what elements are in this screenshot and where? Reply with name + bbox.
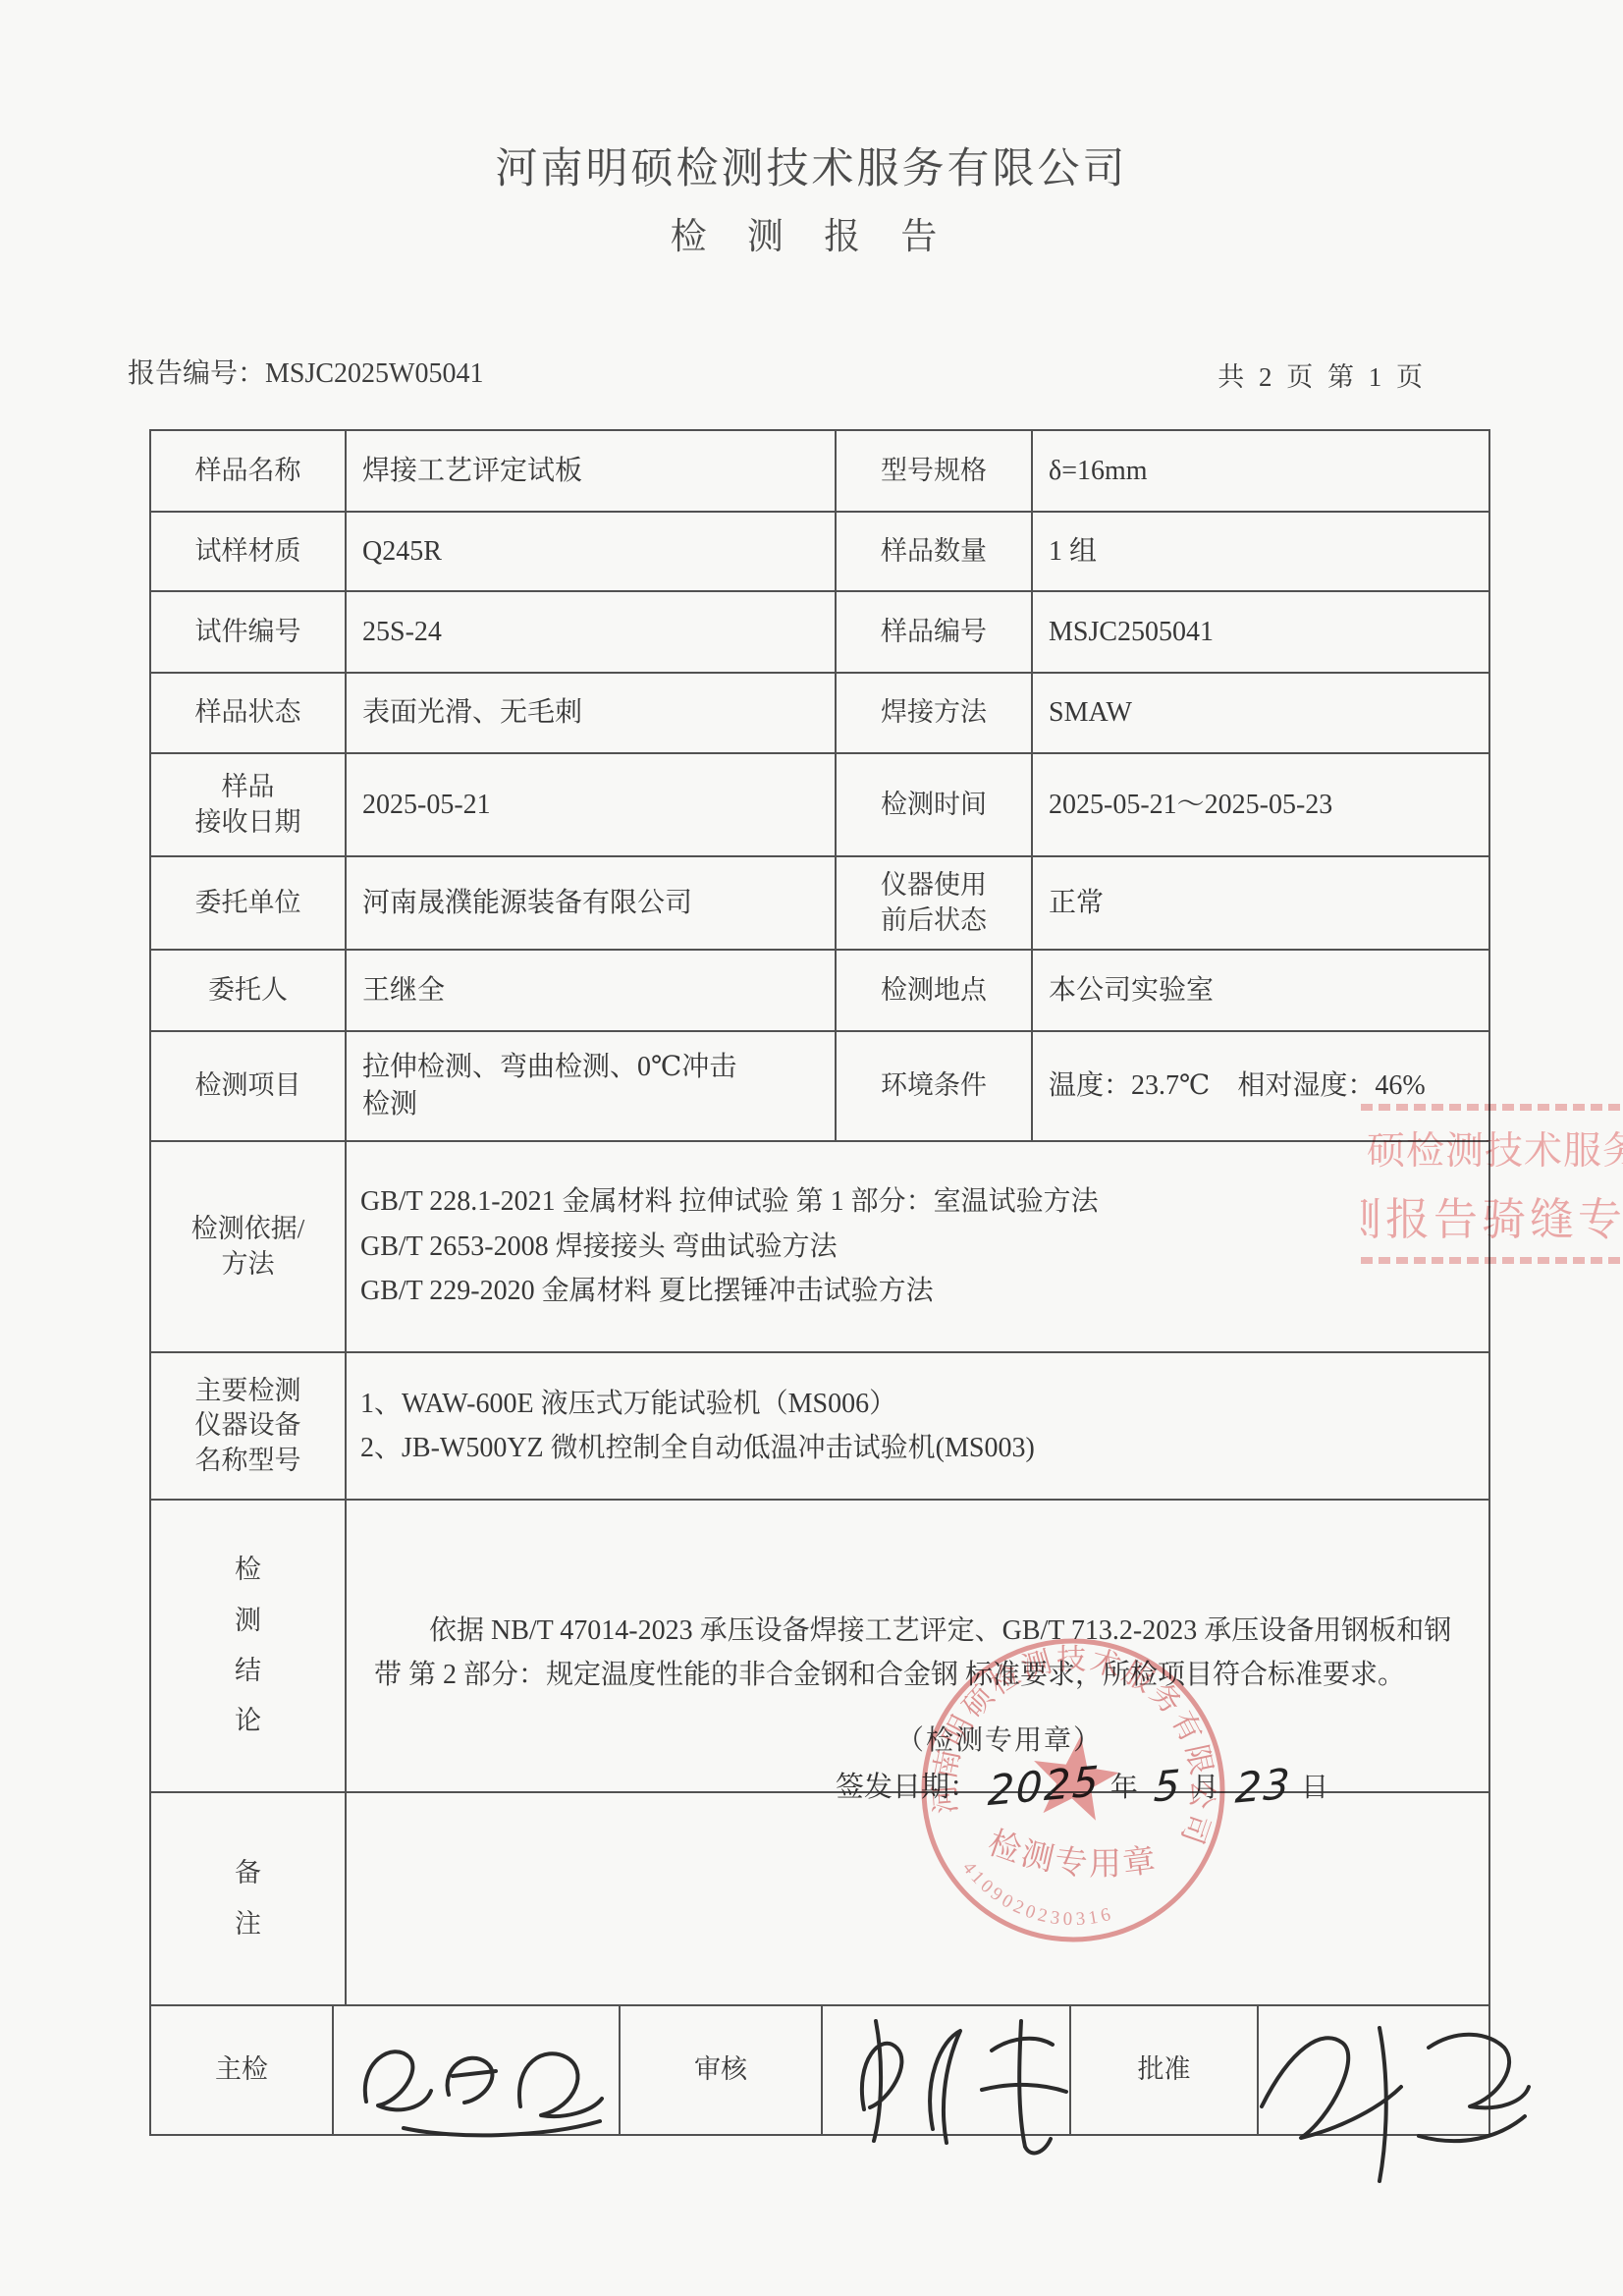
report-number: 报告编号：MSJC2025W05041: [128, 352, 483, 391]
field-label: 委托人: [150, 950, 346, 1031]
field-value: 25S-24: [346, 591, 836, 673]
field-value: δ=16mm: [1032, 430, 1489, 512]
table-row: 委托人 王继全 检测地点 本公司实验室: [150, 950, 1489, 1031]
scanned-report-page: { "page": { "company": "河南明硕检测技术服务有限公司",…: [0, 0, 1623, 2296]
approver-signature-cell: [1258, 2005, 1489, 2135]
field-value: 拉伸检测、弯曲检测、0℃冲击 检测: [346, 1031, 836, 1141]
stamp-note: （检测专用章）: [896, 1719, 1103, 1758]
field-value: 本公司实验室: [1032, 950, 1489, 1031]
field-label: 型号规格: [836, 430, 1032, 512]
basis-label: 检测依据/ 方法: [150, 1141, 346, 1352]
conclusion-label: 检 测 结 论: [150, 1500, 346, 1792]
field-label: 仪器使用 前后状态: [836, 856, 1032, 950]
reviewer-signature-cell: [822, 2005, 1070, 2135]
field-label: 样品名称: [150, 430, 346, 512]
field-label: 焊接方法: [836, 673, 1032, 753]
basis-content: GB/T 228.1-2021 金属材料 拉伸试验 第 1 部分：室温试验方法 …: [346, 1141, 1489, 1352]
inspector-signature-cell: [333, 2005, 620, 2135]
equipment-line: 1、WAW-600E 液压式万能试验机（MS006）: [360, 1382, 1477, 1426]
day-unit: 日: [1301, 1773, 1334, 1803]
table-row-conclusion: 检 测 结 论 依据 NB/T 47014-2023 承压设备焊接工艺评定、GB…: [150, 1500, 1489, 1792]
field-value: 焊接工艺评定试板: [346, 430, 836, 512]
field-label: 试件编号: [150, 591, 346, 673]
month-unit: 月: [1192, 1773, 1225, 1803]
remark-content: [346, 1792, 1489, 2005]
basis-line: GB/T 228.1-2021 金属材料 拉伸试验 第 1 部分：室温试验方法: [360, 1179, 1477, 1224]
field-value: 王继全: [346, 950, 836, 1031]
handwritten-day: 23: [1234, 1763, 1292, 1809]
basis-line: GB/T 229-2020 金属材料 夏比摆锤冲击试验方法: [360, 1269, 1477, 1313]
equipment-content: 1、WAW-600E 液压式万能试验机（MS006） 2、JB-W500YZ 微…: [346, 1352, 1489, 1500]
handwritten-month: 5: [1153, 1765, 1183, 1809]
signoff-table: 主检 审核 批准: [149, 2004, 1490, 2136]
info-table: 样品名称 焊接工艺评定试板 型号规格 δ=16mm 试样材质 Q245R 样品数…: [149, 429, 1490, 1142]
report-number-label: 报告编号：: [128, 358, 265, 389]
field-label: 检测时间: [836, 753, 1032, 856]
table-row: 检测项目 拉伸检测、弯曲检测、0℃冲击 检测 环境条件 温度：23.7℃ 相对湿…: [150, 1031, 1489, 1141]
year-unit: 年: [1110, 1773, 1144, 1803]
field-label: 试样材质: [150, 512, 346, 591]
table-row: 试件编号 25S-24 样品编号 MSJC2505041: [150, 591, 1489, 673]
conclusion-text: 依据 NB/T 47014-2023 承压设备焊接工艺评定、GB/T 713.2…: [347, 1594, 1488, 1698]
handwritten-year: 2025: [987, 1761, 1102, 1812]
remark-label: 备 注: [150, 1792, 346, 2005]
field-value: 2025-05-21: [346, 753, 836, 856]
page-count: 共 2 页 第 1 页: [1217, 355, 1427, 394]
table-row: 试样材质 Q245R 样品数量 1 组: [150, 512, 1489, 591]
field-label: 检测地点: [836, 950, 1032, 1031]
approver-label: 批准: [1070, 2005, 1258, 2135]
field-label: 环境条件: [836, 1031, 1032, 1141]
field-value: 表面光滑、无毛刺: [346, 673, 836, 753]
field-label: 样品 接收日期: [150, 753, 346, 856]
table-row-remark: 备 注: [150, 1792, 1489, 2005]
table-row-equipment: 主要检测 仪器设备 名称型号 1、WAW-600E 液压式万能试验机（MS006…: [150, 1352, 1489, 1500]
table-row: 样品 接收日期 2025-05-21 检测时间 2025-05-21～2025-…: [150, 753, 1489, 856]
basis-line: GB/T 2653-2008 焊接接头 弯曲试验方法: [360, 1225, 1477, 1269]
table-row: 委托单位 河南晟濮能源装备有限公司 仪器使用 前后状态 正常: [150, 856, 1489, 950]
page-title: 检 测 报 告: [0, 206, 1623, 259]
field-label: 样品状态: [150, 673, 346, 753]
field-label: 样品编号: [836, 591, 1032, 673]
equipment-label: 主要检测 仪器设备 名称型号: [150, 1352, 346, 1500]
field-value: 2025-05-21～2025-05-23: [1032, 753, 1489, 856]
equipment-line: 2、JB-W500YZ 微机控制全自动低温冲击试验机(MS003): [360, 1426, 1477, 1470]
field-value: 1 组: [1032, 512, 1489, 591]
report-number-value: MSJC2025W05041: [265, 358, 483, 389]
issue-date-line: 签发日期：2025年5月23日: [836, 1762, 1334, 1805]
table-row: 样品状态 表面光滑、无毛刺 焊接方法 SMAW: [150, 673, 1489, 753]
field-label: 样品数量: [836, 512, 1032, 591]
company-title: 河南明硕检测技术服务有限公司: [0, 136, 1623, 195]
inspector-label: 主检: [150, 2005, 333, 2135]
issue-date-label: 签发日期：: [836, 1772, 978, 1803]
table-row: 样品名称 焊接工艺评定试板 型号规格 δ=16mm: [150, 430, 1489, 512]
field-value: 河南晟濮能源装备有限公司: [346, 856, 836, 950]
field-label: 检测项目: [150, 1031, 346, 1141]
report-table: 样品名称 焊接工艺评定试板 型号规格 δ=16mm 试样材质 Q245R 样品数…: [149, 429, 1488, 2136]
field-value: 温度：23.7℃ 相对湿度：46%: [1032, 1031, 1489, 1141]
reviewer-label: 审核: [620, 2005, 822, 2135]
field-value: Q245R: [346, 512, 836, 591]
conclusion-content: 依据 NB/T 47014-2023 承压设备焊接工艺评定、GB/T 713.2…: [346, 1500, 1489, 1792]
field-value: 正常: [1032, 856, 1489, 950]
detail-table: 检测依据/ 方法 GB/T 228.1-2021 金属材料 拉伸试验 第 1 部…: [149, 1140, 1490, 2006]
field-value: MSJC2505041: [1032, 591, 1489, 673]
table-row-basis: 检测依据/ 方法 GB/T 228.1-2021 金属材料 拉伸试验 第 1 部…: [150, 1141, 1489, 1352]
table-row-signoff: 主检 审核 批准: [150, 2005, 1489, 2135]
field-label: 委托单位: [150, 856, 346, 950]
field-value: SMAW: [1032, 673, 1489, 753]
